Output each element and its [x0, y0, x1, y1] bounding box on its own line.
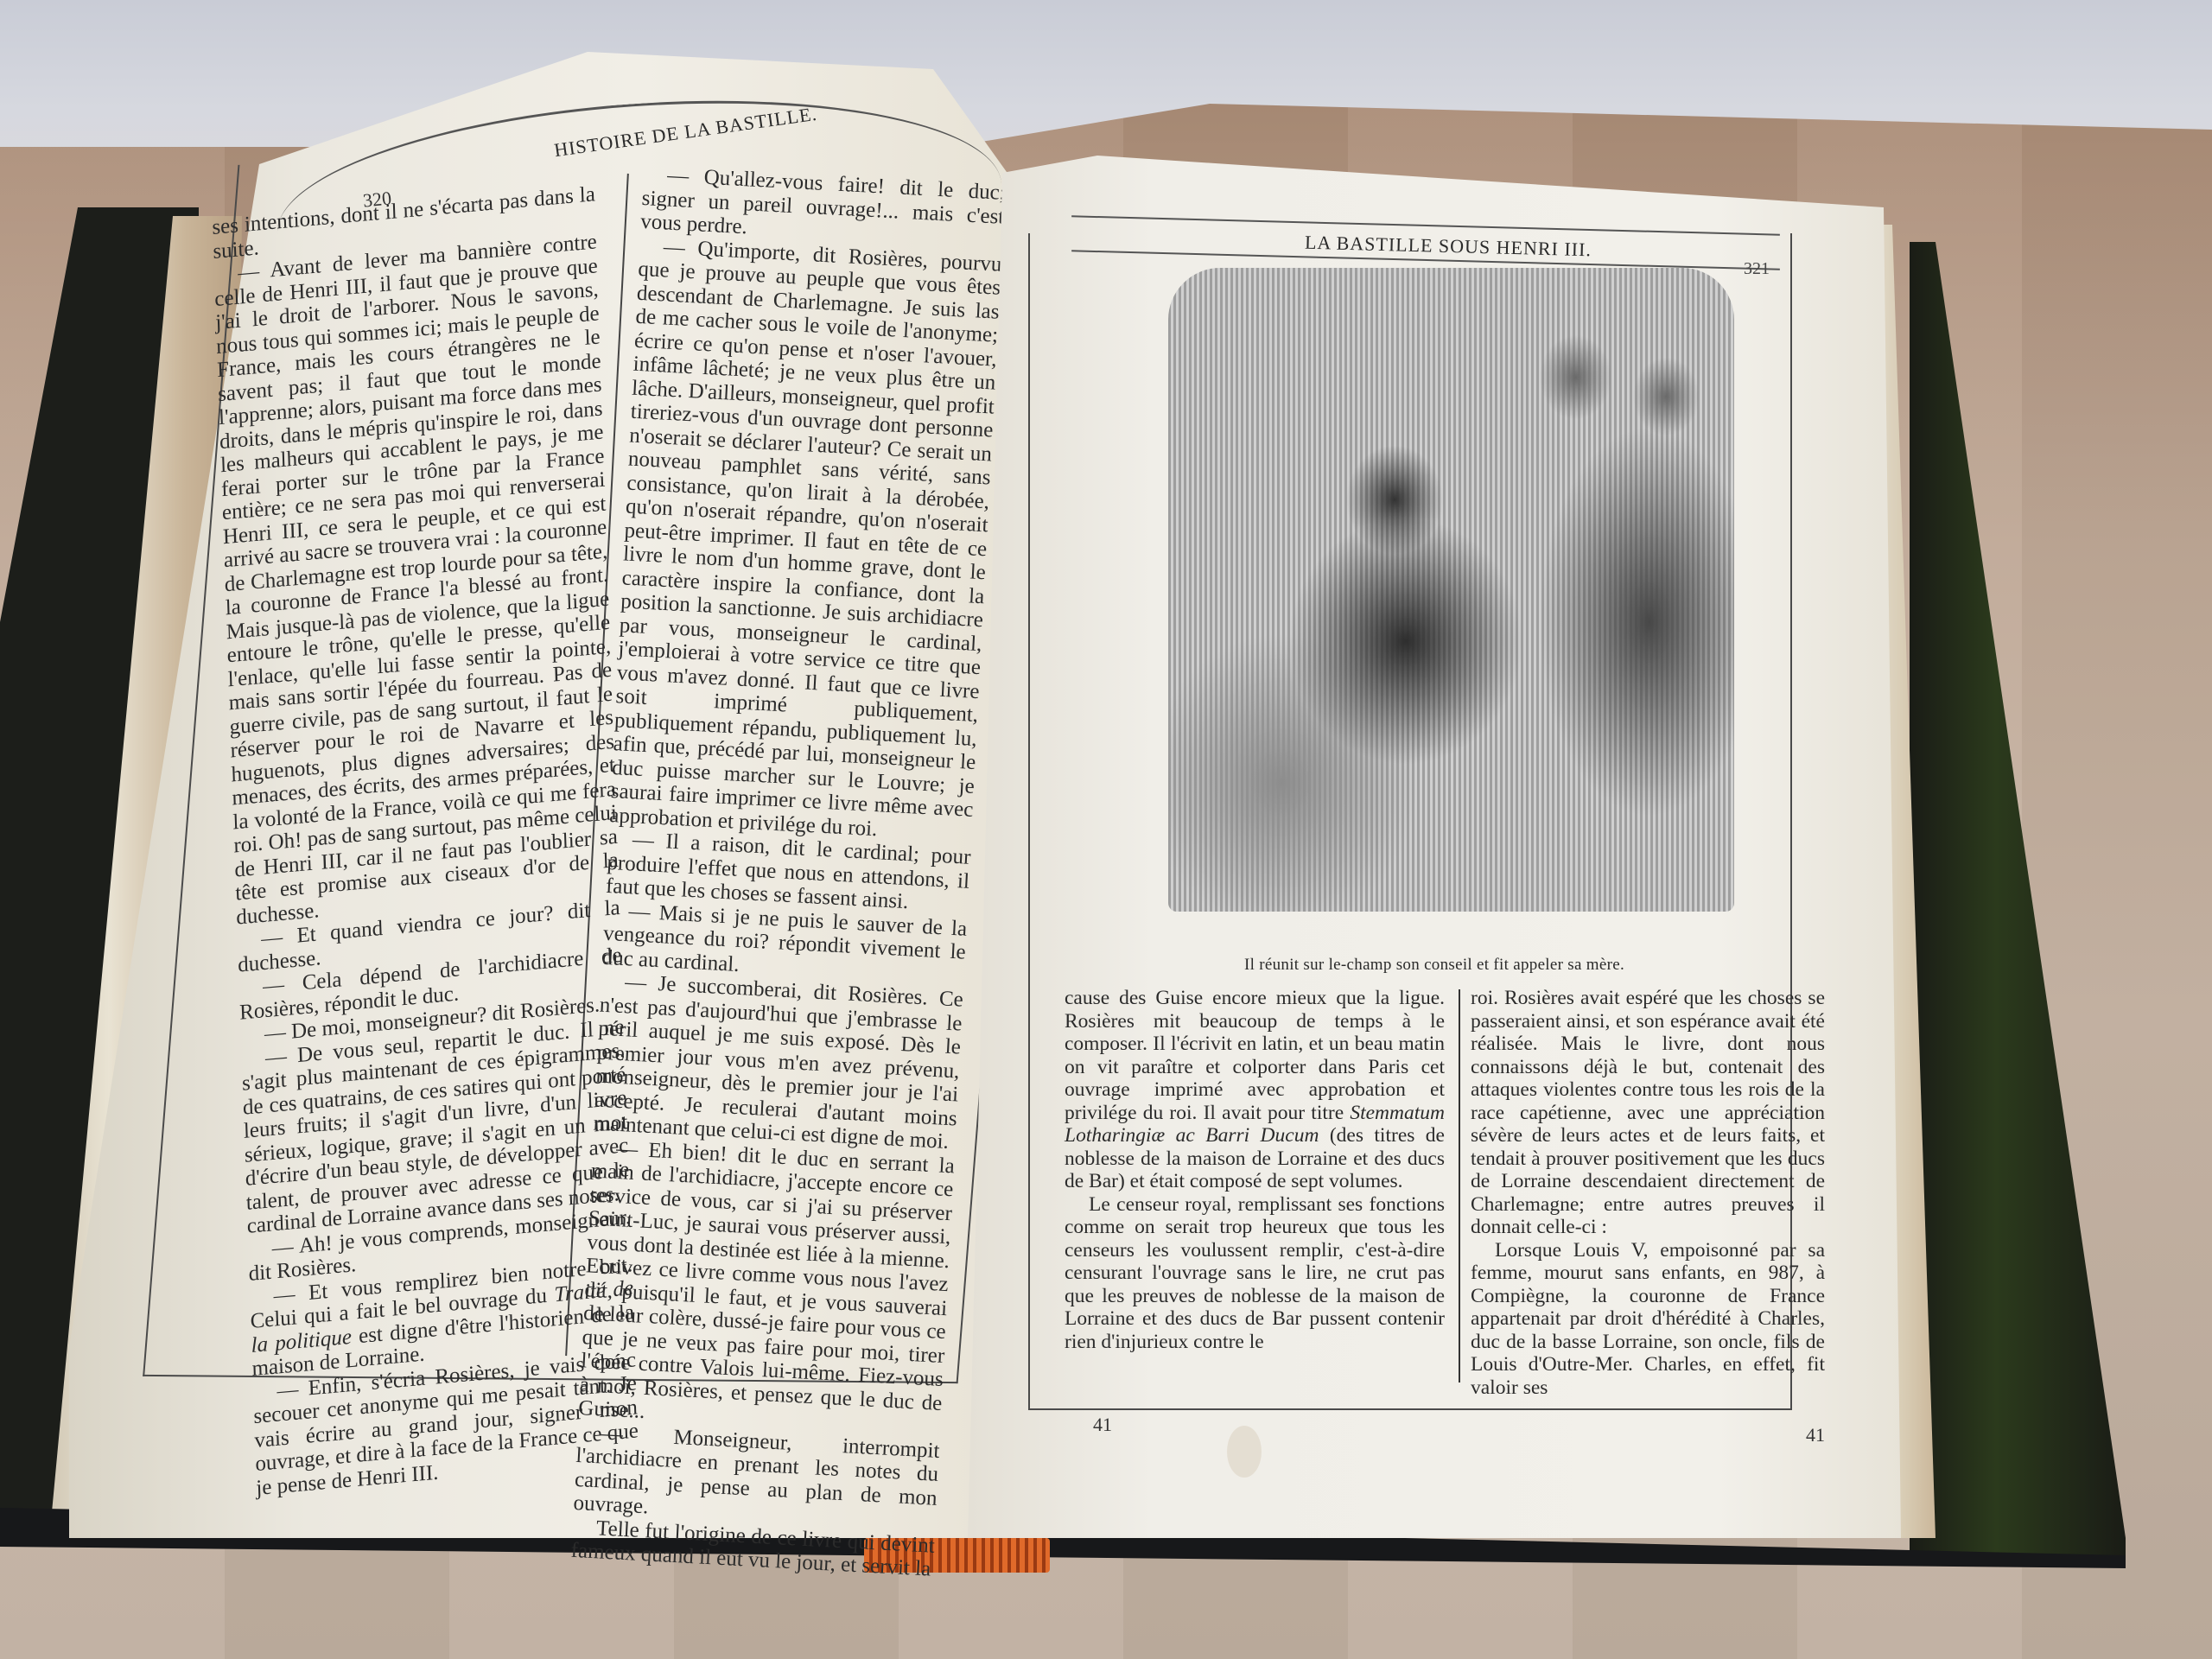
paragraph: — Eh bien! dit le duc en serrant la main… — [578, 1135, 956, 1440]
signature-mark: 41 — [1093, 1414, 1112, 1436]
paragraph: — Je succomberai, dit Rosières. Ce n'est… — [593, 969, 963, 1154]
signature-mark: 41 — [1806, 1424, 1825, 1446]
right-page-column-1: cause des Guise encore mieux que la ligu… — [1065, 987, 1445, 1353]
paragraph: — Qu'importe, dit Rosières, pourvu que j… — [609, 233, 1002, 846]
paragraph: cause des Guise encore mieux que la ligu… — [1065, 987, 1445, 1193]
left-page-column-2: — Qu'allez-vous faire! dit le duc; signe… — [570, 162, 1006, 1581]
paragraph: roi. Rosières avait espéré que les chose… — [1471, 987, 1825, 1239]
right-page-column-2: roi. Rosières avait espéré que les chose… — [1471, 987, 1825, 1399]
left-page-column-1: ses intentions, dont il ne s'écarta pas … — [212, 182, 639, 1500]
engraving-illustration — [1168, 268, 1734, 912]
paragraph: — Monseigneur, interrompit l'archidiacre… — [573, 1421, 940, 1535]
paragraph: — Avant de lever ma bannière contre cell… — [213, 230, 620, 929]
paragraph: Le censeur royal, remplissant ses foncti… — [1065, 1193, 1445, 1354]
right-column-divider — [1459, 989, 1460, 1382]
paper-stain — [1227, 1426, 1262, 1478]
paragraph: — De vous seul, repartit le duc. Il ne s… — [241, 1014, 631, 1238]
paragraph: Lorsque Louis V, empoisonné par sa femme… — [1471, 1239, 1825, 1400]
illustration-caption: Il réunit sur le-champ son conseil et fi… — [1244, 956, 1624, 975]
